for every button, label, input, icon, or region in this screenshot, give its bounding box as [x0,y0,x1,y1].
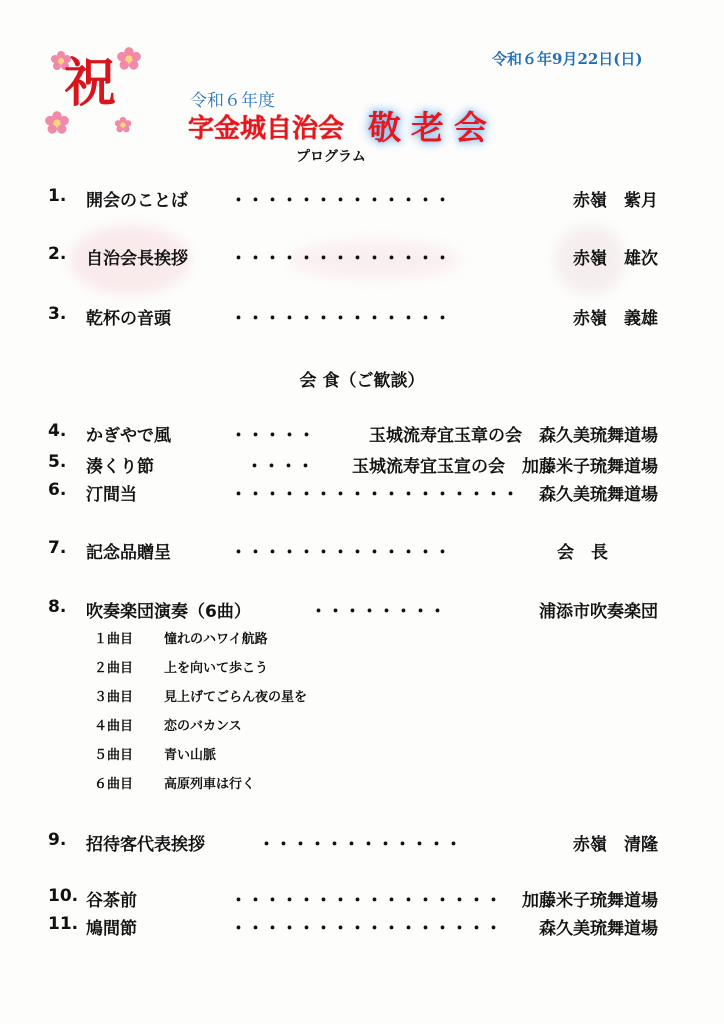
item-performer: 赤嶺 紫月 [573,186,658,211]
song-number: ２曲目 [94,657,164,676]
celebration-emblem: 祝 [46,44,136,134]
item-title: 乾杯の音頭 [86,304,171,329]
item-performer: 赤嶺 雄次 [573,244,658,269]
leader-dots: ・・・・・・・・・・・・・ [230,538,451,563]
item-title: 汀間当 [86,480,137,505]
song-number: ５曲目 [94,744,164,763]
item-performer: 会 長 [557,538,608,563]
item-number: 4. [48,421,66,441]
program-item: 1. 開会のことば ・・・・・・・・・・・・・ 赤嶺 紫月 [48,186,658,210]
leader-dots: ・・・・・ [230,421,315,446]
item-title: かぎやで風 [86,421,171,446]
item-title: 招待客代表挨拶 [86,830,205,855]
event-date: 令和６年9月22日(日) [492,48,643,69]
leader-dots: ・・・・・・・・・・・・・ [230,186,451,211]
song-title: 高原列車は行く [164,777,255,792]
song-item: １曲目憧れのハワイ航路 [94,628,268,647]
celebration-character: 祝 [64,58,116,110]
intermission-heading: 会 食（ご歓談） [0,366,724,391]
item-performer: 浦添市吹奏楽団 [539,597,658,622]
song-item: ３曲目見上げてごらん夜の星を [94,686,307,705]
cherry-blossom-icon [114,116,132,134]
item-title: 吹奏楽団演奏（6曲） [86,597,251,622]
item-title: 開会のことば [86,186,188,211]
song-item: ４曲目恋のバカンス [94,715,242,734]
song-number: １曲目 [94,628,164,647]
cherry-blossom-icon [116,46,142,72]
item-performer: 森久美琉舞道場 [539,914,658,939]
item-number: 6. [48,480,66,500]
item-number: 3. [48,304,66,324]
program-item: 5. 湊くり節 ・・・・ 玉城流寿宜玉宣の会 加藤米子琉舞道場 [48,452,658,476]
organization-name: 字金城自治会 [188,108,344,145]
item-number: 1. [48,186,66,206]
song-number: ６曲目 [94,773,164,792]
item-performer: 加藤米子琉舞道場 [522,886,658,911]
item-title: 記念品贈呈 [86,538,171,563]
song-title: 上を向いて歩こう [164,661,268,676]
program-page: 祝 令和６年9月22日(日) 令和６年度 字金城自治会 敬老会 プログラム 1.… [0,0,724,1024]
leader-dots: ・・・・・・・・・・・・・ [230,304,451,329]
program-item: 6. 汀間当 ・・・・・・・・・・・・・・・・・ 森久美琉舞道場 [48,480,658,504]
event-title: 敬老会 [368,102,497,149]
item-number: 10. [48,886,78,906]
item-performer: 玉城流寿宜玉宣の会 加藤米子琉舞道場 [352,452,658,477]
item-number: 9. [48,830,66,850]
song-number: ４曲目 [94,715,164,734]
song-title: 恋のバカンス [164,719,242,734]
program-subtitle: プログラム [296,146,366,166]
leader-dots: ・・・・・・・・・・・・ [258,830,462,855]
song-title: 憧れのハワイ航路 [164,632,268,647]
program-item: 8. 吹奏楽団演奏（6曲） ・・・・・・・・ 浦添市吹奏楽団 [48,597,658,621]
program-item: 2. 自治会長挨拶 ・・・・・・・・・・・・・ 赤嶺 雄次 [48,244,658,268]
leader-dots: ・・・・・・・・ [310,597,446,622]
leader-dots: ・・・・ [246,452,314,477]
song-item: ５曲目青い山脈 [94,744,216,763]
item-number: 8. [48,597,66,617]
item-title: 鳩間節 [86,914,137,939]
leader-dots: ・・・・・・・・・・・・・・・・ [230,886,502,911]
leader-dots: ・・・・・・・・・・・・・・・・・ [230,480,519,505]
item-performer: 玉城流寿宜玉章の会 森久美琉舞道場 [369,421,658,446]
song-number: ３曲目 [94,686,164,705]
program-item: 9. 招待客代表挨拶 ・・・・・・・・・・・・ 赤嶺 清隆 [48,830,658,854]
song-title: 青い山脈 [164,748,216,763]
program-item: 3. 乾杯の音頭 ・・・・・・・・・・・・・ 赤嶺 義雄 [48,304,658,328]
item-performer: 森久美琉舞道場 [539,480,658,505]
leader-dots: ・・・・・・・・・・・・・ [230,244,451,269]
item-performer: 赤嶺 清隆 [573,830,658,855]
item-title: 湊くり節 [86,452,154,477]
item-performer: 赤嶺 義雄 [573,304,658,329]
item-number: 11. [48,914,78,934]
program-item: 7. 記念品贈呈 ・・・・・・・・・・・・・ 会 長 [48,538,658,562]
song-title: 見上げてごらん夜の星を [164,690,307,705]
item-number: 5. [48,452,66,472]
item-number: 7. [48,538,66,558]
item-number: 2. [48,244,66,264]
leader-dots: ・・・・・・・・・・・・・・・・ [230,914,502,939]
song-item: ２曲目上を向いて歩こう [94,657,268,676]
program-item: 11. 鳩間節 ・・・・・・・・・・・・・・・・ 森久美琉舞道場 [48,914,658,938]
item-title: 谷茶前 [86,886,137,911]
song-item: ６曲目高原列車は行く [94,773,255,792]
program-item: 10. 谷茶前 ・・・・・・・・・・・・・・・・ 加藤米子琉舞道場 [48,886,658,910]
program-item: 4. かぎやで風 ・・・・・ 玉城流寿宜玉章の会 森久美琉舞道場 [48,421,658,445]
item-title: 自治会長挨拶 [86,244,188,269]
